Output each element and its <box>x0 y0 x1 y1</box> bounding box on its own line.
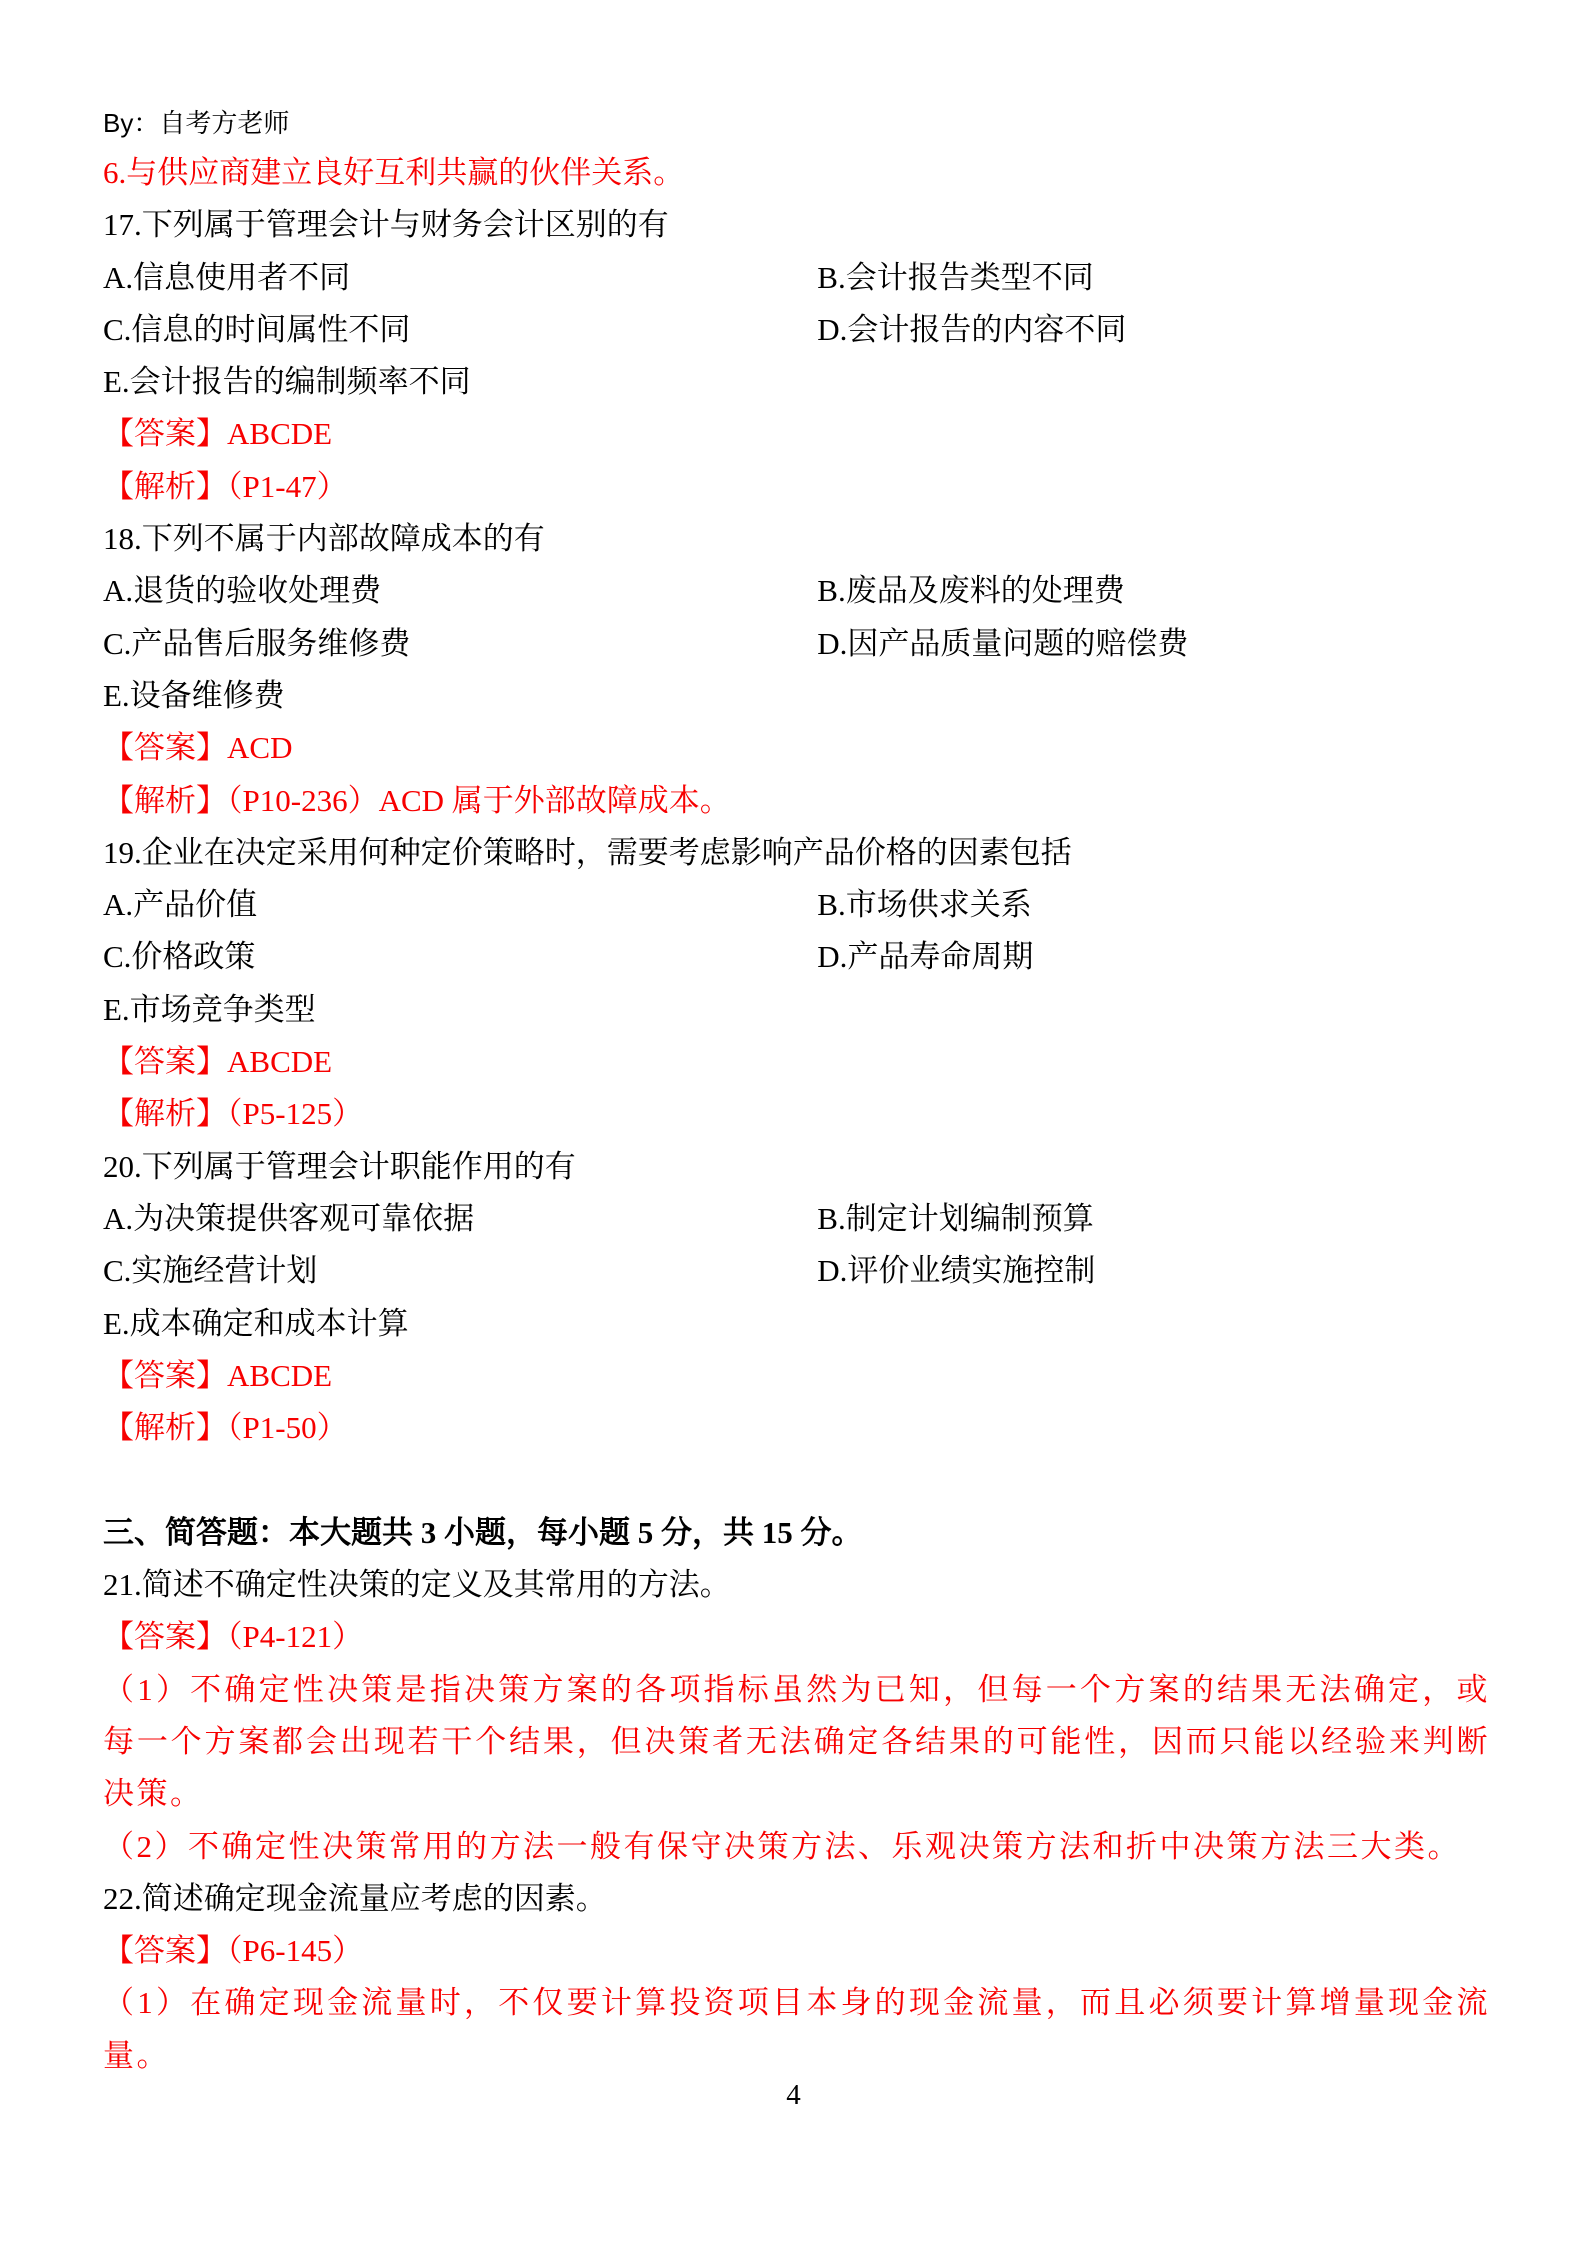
author-byline: By：自考方老师 <box>103 100 1490 147</box>
question-22: 22.简述确定现金流量应考虑的因素。 【答案】（P6-145） （1）在确定现金… <box>103 1873 1490 2082</box>
question-stem: 20.下列属于管理会计职能作用的有 <box>103 1141 1490 1193</box>
option-d: D.因产品质量问题的赔偿费 <box>817 618 1490 670</box>
document-page: By：自考方老师 6.与供应商建立良好互利共赢的伙伴关系。 17.下列属于管理会… <box>0 0 1587 2245</box>
question-stem: 18.下列不属于内部故障成本的有 <box>103 513 1490 565</box>
answer-line: 【答案】（P6-145） <box>103 1925 1490 1977</box>
answer-label: 【答案】 <box>103 1933 227 1968</box>
answer-line: 【答案】（P4-121） <box>103 1611 1490 1663</box>
option-row: A.产品价值 B.市场供求关系 <box>103 879 1490 931</box>
option-b: B.制定计划编制预算 <box>817 1193 1490 1245</box>
analysis-line: 【解析】（P5-125） <box>103 1088 1490 1140</box>
option-a: A.产品价值 <box>103 879 817 931</box>
question-17: 17.下列属于管理会计与财务会计区别的有 A.信息使用者不同 B.会计报告类型不… <box>103 199 1490 513</box>
question-stem: 21.简述不确定性决策的定义及其常用的方法。 <box>103 1559 1490 1611</box>
answer-value: ABCDE <box>227 416 332 451</box>
answer-ref: （P6-145） <box>227 1933 363 1968</box>
option-c: C.价格政策 <box>103 931 817 983</box>
analysis-value: （P5-125） <box>227 1096 363 1131</box>
answer-point-1: （1）不确定性决策是指决策方案的各项指标虽然为已知，但每一个方案的结果无法确定，… <box>103 1664 1490 1821</box>
analysis-line: 【解析】（P1-50） <box>103 1402 1490 1454</box>
answer-label: 【答案】 <box>103 730 227 765</box>
question-stem: 22.简述确定现金流量应考虑的因素。 <box>103 1873 1490 1925</box>
page-number: 4 <box>0 2070 1587 2120</box>
question-18: 18.下列不属于内部故障成本的有 A.退货的验收处理费 B.废品及废料的处理费 … <box>103 513 1490 827</box>
option-e: E.会计报告的编制频率不同 <box>103 356 1490 408</box>
analysis-label: 【解析】 <box>103 469 227 504</box>
analysis-label: 【解析】 <box>103 1096 227 1131</box>
option-row: C.价格政策 D.产品寿命周期 <box>103 931 1490 983</box>
option-a: A.为决策提供客观可靠依据 <box>103 1193 817 1245</box>
option-b: B.废品及废料的处理费 <box>817 565 1490 617</box>
analysis-value: （P1-50） <box>227 1410 348 1445</box>
carryover-item: 6.与供应商建立良好互利共赢的伙伴关系。 <box>103 147 1490 199</box>
option-e: E.市场竞争类型 <box>103 984 1490 1036</box>
option-c: C.信息的时间属性不同 <box>103 304 817 356</box>
option-d: D.产品寿命周期 <box>817 931 1490 983</box>
question-20: 20.下列属于管理会计职能作用的有 A.为决策提供客观可靠依据 B.制定计划编制… <box>103 1141 1490 1455</box>
option-row: C.产品售后服务维修费 D.因产品质量问题的赔偿费 <box>103 618 1490 670</box>
answer-label: 【答案】 <box>103 1619 227 1654</box>
option-row: C.信息的时间属性不同 D.会计报告的内容不同 <box>103 304 1490 356</box>
answer-line: 【答案】ABCDE <box>103 1350 1490 1402</box>
section-title: 三、简答题：本大题共 3 小题，每小题 5 分，共 15 分。 <box>103 1507 1490 1559</box>
analysis-line: 【解析】（P1-47） <box>103 461 1490 513</box>
answer-point-1: （1）在确定现金流量时，不仅要计算投资项目本身的现金流量，而且必须要计算增量现金… <box>103 1977 1490 2082</box>
blank-line <box>103 1454 1490 1506</box>
answer-ref: （P4-121） <box>227 1619 363 1654</box>
option-row: A.退货的验收处理费 B.废品及废料的处理费 <box>103 565 1490 617</box>
option-e: E.设备维修费 <box>103 670 1490 722</box>
answer-line: 【答案】ABCDE <box>103 408 1490 460</box>
answer-line: 【答案】ABCDE <box>103 1036 1490 1088</box>
option-e: E.成本确定和成本计算 <box>103 1298 1490 1350</box>
option-row: C.实施经营计划 D.评价业绩实施控制 <box>103 1245 1490 1297</box>
option-b: B.会计报告类型不同 <box>817 252 1490 304</box>
option-row: A.信息使用者不同 B.会计报告类型不同 <box>103 252 1490 304</box>
answer-point-2: （2）不确定性决策常用的方法一般有保守决策方法、乐观决策方法和折中决策方法三大类… <box>103 1821 1490 1873</box>
option-d: D.评价业绩实施控制 <box>817 1245 1490 1297</box>
answer-value: ABCDE <box>227 1358 332 1393</box>
question-19: 19.企业在决定采用何种定价策略时，需要考虑影响产品价格的因素包括 A.产品价值… <box>103 827 1490 1141</box>
analysis-label: 【解析】 <box>103 783 227 818</box>
question-stem: 19.企业在决定采用何种定价策略时，需要考虑影响产品价格的因素包括 <box>103 827 1490 879</box>
answer-label: 【答案】 <box>103 1358 227 1393</box>
option-c: C.实施经营计划 <box>103 1245 817 1297</box>
answer-line: 【答案】ACD <box>103 722 1490 774</box>
analysis-value: （P1-47） <box>227 469 348 504</box>
question-stem: 17.下列属于管理会计与财务会计区别的有 <box>103 199 1490 251</box>
option-a: A.退货的验收处理费 <box>103 565 817 617</box>
analysis-label: 【解析】 <box>103 1410 227 1445</box>
option-row: A.为决策提供客观可靠依据 B.制定计划编制预算 <box>103 1193 1490 1245</box>
answer-label: 【答案】 <box>103 416 227 451</box>
analysis-line: 【解析】（P10-236）ACD 属于外部故障成本。 <box>103 775 1490 827</box>
option-a: A.信息使用者不同 <box>103 252 817 304</box>
answer-value: ACD <box>227 730 292 765</box>
option-c: C.产品售后服务维修费 <box>103 618 817 670</box>
option-d: D.会计报告的内容不同 <box>817 304 1490 356</box>
answer-value: ABCDE <box>227 1044 332 1079</box>
option-b: B.市场供求关系 <box>817 879 1490 931</box>
analysis-value: （P10-236）ACD 属于外部故障成本。 <box>227 783 731 818</box>
question-21: 21.简述不确定性决策的定义及其常用的方法。 【答案】（P4-121） （1）不… <box>103 1559 1490 1873</box>
answer-label: 【答案】 <box>103 1044 227 1079</box>
